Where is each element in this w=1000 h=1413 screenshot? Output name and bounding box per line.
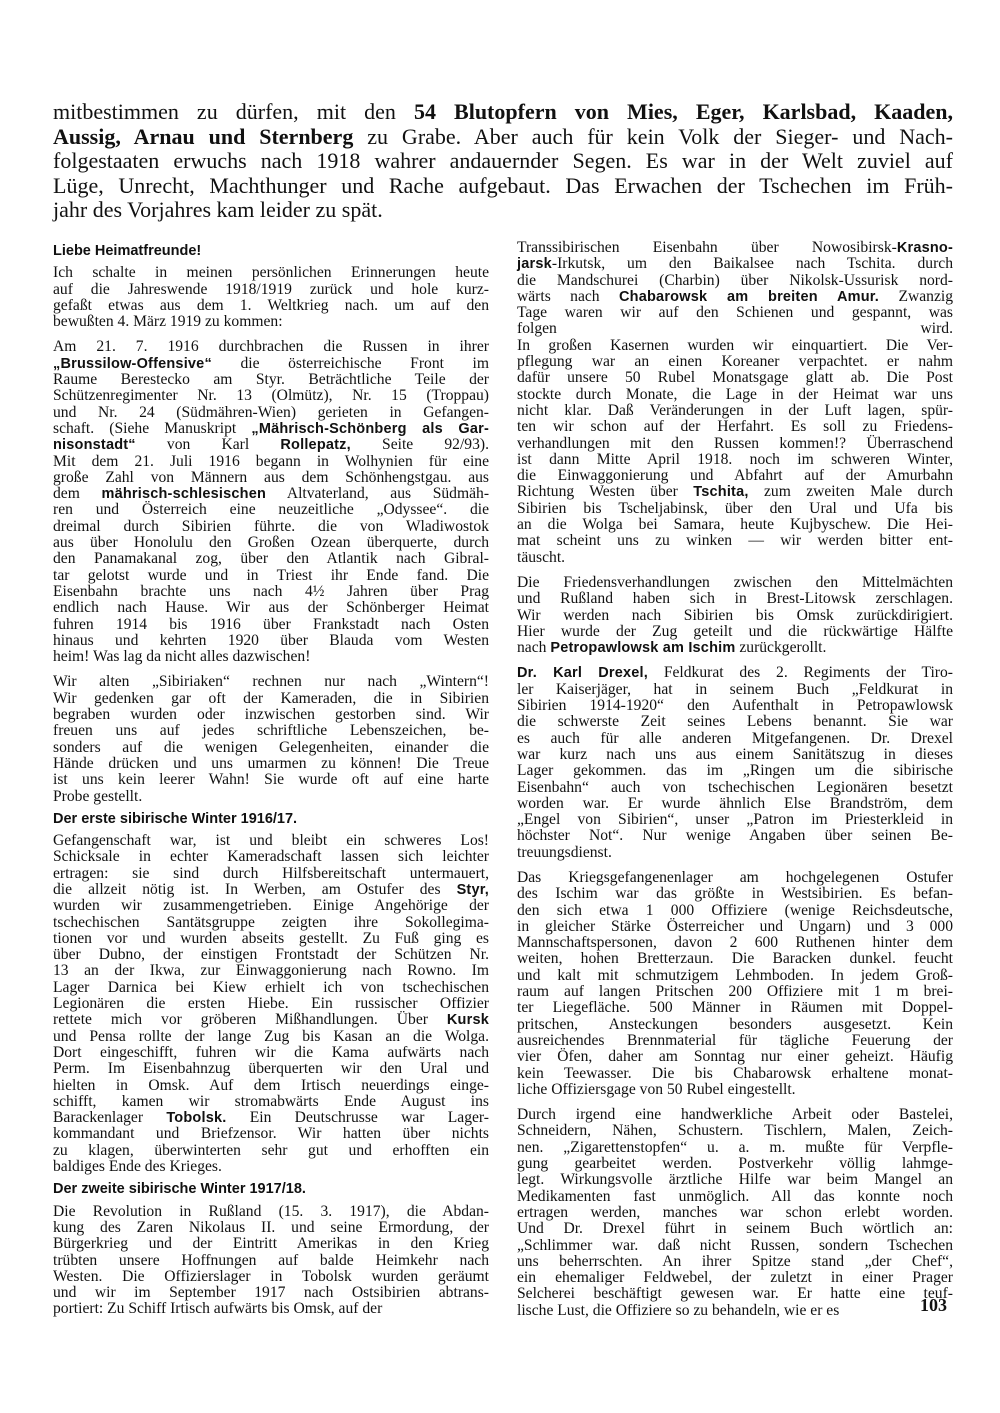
- text-line: jahr des Vorjahres kam leider zu spät.: [53, 198, 953, 223]
- text-run: nen. „Zigarettenstopfen“ u. a. m. mußte …: [517, 1139, 953, 1156]
- left-column: Liebe Heimatfreunde!Ich schalte in meine…: [53, 243, 489, 1318]
- text-line: Raume Berestecko am Styr. Beträchtliche …: [53, 372, 489, 388]
- text-run: von Karl: [136, 436, 281, 453]
- bold-emphasis: Dr. Karl Drexel,: [517, 665, 648, 681]
- text-line: hinaus und kehrten 1920 über Blauda vom …: [53, 633, 489, 649]
- text-run: Probe gestellt.: [53, 788, 142, 805]
- text-line: die Einwaggonierung und Abfahrt auf der …: [517, 468, 953, 484]
- text-run: lische Lust, die Offiziere so zu behande…: [517, 1302, 839, 1319]
- text-run: Perm. Im Eisenbahnzug überquerten wir de…: [53, 1060, 489, 1077]
- text-line: ten wir schon auf der Herfahrt. Es soll …: [517, 419, 953, 435]
- text-run: es auch für alle anderen Mitgefangenen. …: [517, 730, 953, 747]
- bold-emphasis: Chabarowsk am breiten Amur.: [619, 289, 879, 305]
- text-run: Am 21. 7. 1916 durchbrachen die Russen i…: [53, 338, 489, 355]
- text-run: zu Grabe. Aber auch für kein Volk der Si…: [353, 124, 953, 149]
- text-run: und kalt mit schmutzigem Lehmboden. In j…: [517, 967, 953, 984]
- text-run: aus über Honolulu den Großen Ozean überq…: [53, 534, 489, 551]
- text-run: kung des Zaren Nikolaus II. und seine Er…: [53, 1219, 489, 1236]
- text-line: Richtung Westen über Tschita, zum zweite…: [517, 484, 953, 500]
- text-run: Eisenbahn“ auch von tschechischen Legion…: [517, 779, 953, 796]
- text-run: Wir alten „Sibiriaken“ rechnen nur nach …: [53, 673, 489, 690]
- text-run: tar gelotst wurde und in Triest ihr Ende…: [53, 567, 489, 584]
- text-line: rettete mich vor gröberen Mißhandlungen.…: [53, 1012, 489, 1028]
- text-line: Schicksale in echter Kameradschaft lasse…: [53, 849, 489, 865]
- text-line: weiten, hohen Bretterzaun. Die Baracken …: [517, 951, 953, 967]
- text-run: zum zweiten Male durch: [749, 483, 953, 500]
- text-line: nicht klar. Daß Veränderungen in der Luf…: [517, 403, 953, 419]
- text-line: Die Revolution in Rußland (15. 3. 1917),…: [53, 1204, 489, 1220]
- text-line: kommandant und Briefzensor. Wir hatten ü…: [53, 1126, 489, 1142]
- text-line: folgen wird.: [517, 321, 953, 337]
- text-line: trübten unsere Hoffnungen auf balde Heim…: [53, 1253, 489, 1269]
- text-line: stockte durch Monate, die Lage in der He…: [517, 387, 953, 403]
- text-run: hielten in Omsk. Auf dem Irtisch neuerdi…: [53, 1077, 489, 1094]
- text-line: portiert: Zu Schiff Irtisch aufwärts bis…: [53, 1301, 489, 1317]
- right-column: Transsibirischen Eisenbahn über Nowosibi…: [517, 240, 953, 1319]
- text-run: große Zahl von Männern aus dem Schönheng…: [53, 469, 489, 486]
- text-run: liche Offiziersgage von 50 Rubel eingest…: [517, 1081, 796, 1098]
- text-line: ren und Österreich eine neuzeitliche „Od…: [53, 502, 489, 518]
- text-run: über Dubno, der einstigen Frontstadt der…: [53, 946, 489, 963]
- text-line: tar gelotst wurde und in Triest ihr Ende…: [53, 568, 489, 584]
- text-run: die schwerste Zeit seines Lebens benannt…: [517, 713, 953, 730]
- text-run: Medikamenten fast unmöglich. All das kon…: [517, 1188, 953, 1205]
- text-line: große Zahl von Männern aus dem Schönheng…: [53, 470, 489, 486]
- text-line: und Rußland haben sich in Brest-Litowsk …: [517, 591, 953, 607]
- text-run: die österreichische Front im: [212, 355, 489, 372]
- text-run: folgestaaten erwuchs nach 1918 wahrer an…: [53, 148, 953, 173]
- text-run: ein ehemaliger Feldwebel, der zuletzt in…: [517, 1269, 953, 1286]
- text-line: Legionären die ersten Hiebe. Ein russisc…: [53, 996, 489, 1012]
- text-run: Selcherei beschäftigt gewesen war. Er ha…: [517, 1285, 953, 1302]
- text-run: und Nr. 24 (Südmähren-Wien) gerieten in …: [53, 404, 489, 421]
- text-run: Legionären die ersten Hiebe. Ein russisc…: [53, 995, 489, 1012]
- text-run: dreimal durch Sibirien führte. die von W…: [53, 518, 489, 535]
- text-line: endlich nach Hause. Wir aus der Schönber…: [53, 600, 489, 616]
- text-line: tschechischen Santätsgruppe zeigten ihre…: [53, 915, 489, 931]
- text-run: die allzeit nötig ist. In Werben, am Ost…: [53, 881, 457, 898]
- text-run: -Irkutsk, um den Baikalsee nach Tschita.…: [552, 255, 953, 272]
- text-line: schifft, kamen wir stromabwärts Ende Aug…: [53, 1094, 489, 1110]
- text-line: In großen Kasernen wurden wir einquartie…: [517, 338, 953, 354]
- text-run: stockte durch Monate, die Lage in der He…: [517, 386, 953, 403]
- text-run: in gleicher Stärke Österreicher und Unga…: [517, 918, 953, 935]
- text-line: zu klagen, überwinterten sehr gut und er…: [53, 1143, 489, 1159]
- text-line: die schwerste Zeit seines Lebens benannt…: [517, 714, 953, 730]
- text-run: treuungsdienst.: [517, 844, 612, 861]
- text-run: rettete mich vor gröberen Mißhandlungen.…: [53, 1011, 447, 1028]
- text-line: gung gearbeitet werden. Postverkehr völl…: [517, 1156, 953, 1172]
- text-run: Westen. Die Offizierslager in Tobolsk wu…: [53, 1268, 489, 1285]
- text-run: begraben wurden oder inzwischen gestorbe…: [53, 706, 489, 723]
- text-line: Aussig, Arnau und Sternberg zu Grabe. Ab…: [53, 125, 953, 150]
- text-run: kein Teewasser. Die bis Chabarowsk erhal…: [517, 1065, 953, 1082]
- text-line: Probe gestellt.: [53, 789, 489, 805]
- text-run: Richtung Westen über: [517, 483, 693, 500]
- paragraph: Das Kriegsgefangenenlager am hochgelegen…: [517, 870, 953, 1098]
- text-run: fuhren 1914 bis 1916 über Frankstadt nac…: [53, 616, 489, 633]
- bold-emphasis: Styr,: [457, 882, 489, 898]
- text-line: Dort eingeschifft, fuhren wir die Kama a…: [53, 1045, 489, 1061]
- text-line: Medikamenten fast unmöglich. All das kon…: [517, 1189, 953, 1205]
- text-run: Tage waren wir auf den Schienen und gesp…: [517, 304, 953, 321]
- text-line: in gleicher Stärke Österreicher und Unga…: [517, 919, 953, 935]
- text-line: nach Petropawlowsk am Ischim zurückgerol…: [517, 640, 953, 656]
- text-run: an die Wolga bei Samara, heute Kujbysche…: [517, 516, 953, 533]
- text-run: Altvaterland, aus Südmäh-: [266, 485, 489, 502]
- text-run: Zwanzig: [879, 288, 953, 305]
- text-line: Selcherei beschäftigt gewesen war. Er ha…: [517, 1286, 953, 1302]
- text-run: ertragen werden, manches war schon erleb…: [517, 1204, 953, 1221]
- text-run: Schicksale in echter Kameradschaft lasse…: [53, 848, 489, 865]
- text-line: Am 21. 7. 1916 durchbrachen die Russen i…: [53, 339, 489, 355]
- text-run: Hände drücken und uns umarmen zu können!…: [53, 755, 489, 772]
- text-line: vier Öfen, daher am Sonntag nur einer ge…: [517, 1049, 953, 1065]
- text-line: pflegung war an einen Koreaner verpachte…: [517, 354, 953, 370]
- text-run: Die Revolution in Rußland (15. 3. 1917),…: [53, 1203, 489, 1220]
- page-number: 103: [920, 1295, 947, 1316]
- text-line: Bürgerkrieg und der Eintritt Amerikas in…: [53, 1236, 489, 1252]
- text-line: pritschen, Ansteckungen besonders ausges…: [517, 1017, 953, 1033]
- text-line: hielten in Omsk. Auf dem Irtisch neuerdi…: [53, 1078, 489, 1094]
- text-line: Hier wurde der Zug geteilt und die rückw…: [517, 624, 953, 640]
- text-line: ausreichendes Brennmaterial für tägliche…: [517, 1033, 953, 1049]
- text-run: wärts nach: [517, 288, 619, 305]
- bold-emphasis: Tschita,: [693, 484, 748, 500]
- text-line: und Nr. 24 (Südmähren-Wien) gerieten in …: [53, 405, 489, 421]
- text-run: Eisenbahn brachte uns nach 4½ Jahren übe…: [53, 583, 489, 600]
- section-heading: Der erste sibirische Winter 1916/17.: [53, 811, 489, 827]
- text-line: 13 an der Ikwa, zur Einwaggonierung nach…: [53, 963, 489, 979]
- text-run: endlich nach Hause. Wir aus der Schönber…: [53, 599, 489, 616]
- text-run: Mannschaftspersonen, davon 2 600 Ruthene…: [517, 934, 953, 951]
- text-line: Lüge, Unrecht, Machthunger und Rache auf…: [53, 174, 953, 199]
- text-line: kein Teewasser. Die bis Chabarowsk erhal…: [517, 1066, 953, 1082]
- paragraph: Durch irgend eine handwerkliche Arbeit o…: [517, 1107, 953, 1319]
- text-run: dafür unsere 50 Rubel Monatsgage glatt a…: [517, 369, 953, 386]
- text-line: den Panamakanal zog, über den Atlantik n…: [53, 551, 489, 567]
- text-line: Dr. Karl Drexel, Feldkurat des 2. Regime…: [517, 665, 953, 681]
- text-line: Sibirien 1914-1920“ den Aufenthalt in Pe…: [517, 698, 953, 714]
- text-run: die Einwaggonierung und Abfahrt auf der …: [517, 467, 953, 484]
- text-line: dem mährisch-schlesischen Altvaterland, …: [53, 486, 489, 502]
- text-line: wurden wir zusammengetrieben. Einige Ang…: [53, 898, 489, 914]
- paragraph: Ich schalte in meinen persönlichen Erinn…: [53, 265, 489, 330]
- text-line: Schützenregimenter Nr. 13 (Olmütz), Nr. …: [53, 388, 489, 404]
- text-run: weiten, hohen Bretterzaun. Die Baracken …: [517, 950, 953, 967]
- text-line: wärts nach Chabarowsk am breiten Amur. Z…: [517, 289, 953, 305]
- text-line: Transsibirischen Eisenbahn über Nowosibi…: [517, 240, 953, 256]
- text-line: mat scheint uns zu winken — wir werden b…: [517, 533, 953, 549]
- text-run: Barackenlager: [53, 1109, 166, 1126]
- text-line: sonders auf die wenigen Gelegenheiten, e…: [53, 740, 489, 756]
- bold-emphasis: jarsk: [517, 256, 552, 272]
- text-line: über Dubno, der einstigen Frontstadt der…: [53, 947, 489, 963]
- text-run: Sibirien bis Tscheljabinsk, über den Ura…: [517, 500, 953, 517]
- text-line: lische Lust, die Offiziere so zu behande…: [517, 1303, 953, 1319]
- text-line: worden war. Er wurde ähnlich Else Brands…: [517, 796, 953, 812]
- text-line: des Ischim war das größte in Westsibirie…: [517, 886, 953, 902]
- text-line: Schneidern, Nähen, Schustern. Tischlern,…: [517, 1123, 953, 1139]
- text-run: schaft. (Siehe Manuskript: [53, 420, 251, 437]
- text-run: jahr des Vorjahres kam leider zu spät.: [53, 197, 383, 222]
- paragraph: Transsibirischen Eisenbahn über Nowosibi…: [517, 240, 953, 566]
- text-run: Lager gekommen. das im „Ringen um die si…: [517, 762, 953, 779]
- text-run: Bürgerkrieg und der Eintritt Amerikas in…: [53, 1235, 489, 1252]
- text-run: Ein Deutschrusse war Lager-: [226, 1109, 489, 1126]
- text-run: Lager Darnica bei Kiew erhielt ich von t…: [53, 979, 489, 996]
- bold-emphasis: Rollepatz,: [280, 437, 350, 453]
- text-line: schaft. (Siehe Manuskript „Mährisch-Schö…: [53, 421, 489, 437]
- text-run: Gefangenschaft war, ist und bleibt ein s…: [53, 832, 489, 849]
- text-run: pflegung war an einen Koreaner verpachte…: [517, 353, 953, 370]
- text-run: ist dann Mitte April 1918. noch im schwe…: [517, 451, 953, 468]
- text-run: uns beherrschten. An ihrer Spitze stand …: [517, 1253, 953, 1270]
- text-line: Perm. Im Eisenbahnzug überquerten wir de…: [53, 1061, 489, 1077]
- text-run: schifft, kamen wir stromabwärts Ende Aug…: [53, 1093, 489, 1110]
- text-run: und Pensa rollte der lange Zug bis Kasan…: [53, 1028, 489, 1045]
- text-line: täuscht.: [517, 550, 953, 566]
- text-line: an die Wolga bei Samara, heute Kujbysche…: [517, 517, 953, 533]
- text-run: kommandant und Briefzensor. Wir hatten ü…: [53, 1125, 489, 1142]
- text-line: liche Offiziersgage von 50 Rubel eingest…: [517, 1082, 953, 1098]
- bold-emphasis: Kursk: [447, 1012, 489, 1028]
- text-line: es auch für alle anderen Mitgefangenen. …: [517, 731, 953, 747]
- text-line: höchster Not“. Nur wenige Angaben über s…: [517, 828, 953, 844]
- text-run: des Ischim war das größte in Westsibirie…: [517, 885, 953, 902]
- text-line: dafür unsere 50 Rubel Monatsgage glatt a…: [517, 370, 953, 386]
- text-line: bewußten 4. März 1919 zu kommen:: [53, 314, 489, 330]
- text-line: ertragen werden, manches war schon erleb…: [517, 1205, 953, 1221]
- text-run: Mit dem 21. Juli 1916 begann in Wolhynie…: [53, 453, 489, 470]
- text-line: Durch irgend eine handwerkliche Arbeit o…: [517, 1107, 953, 1123]
- text-run: folgen wird.: [517, 320, 953, 337]
- text-run: worden war. Er wurde ähnlich Else Brands…: [517, 795, 953, 812]
- text-line: fuhren 1914 bis 1916 über Frankstadt nac…: [53, 617, 489, 633]
- text-run: Wir werden nach Sibirien bis Omsk zurück…: [517, 607, 953, 624]
- text-run: legt. Wirkungsvolle ärztliche Hilfe war …: [517, 1171, 953, 1188]
- text-line: ertragen: sie sind durch Hilfsbereitscha…: [53, 866, 489, 882]
- text-line: Mit dem 21. Juli 1916 begann in Wolhynie…: [53, 454, 489, 470]
- text-run: Schneidern, Nähen, Schustern. Tischlern,…: [517, 1122, 953, 1139]
- text-line: Eisenbahn brachte uns nach 4½ Jahren übe…: [53, 584, 489, 600]
- text-line: „Schlimmer war. daß nicht Russen, sonder…: [517, 1238, 953, 1254]
- text-line: verhandlungen mit den Russen kommen!? Üb…: [517, 436, 953, 452]
- text-line: gefaßt etwas aus dem 1. Weltkrieg nach. …: [53, 298, 489, 314]
- text-line: kung des Zaren Nikolaus II. und seine Er…: [53, 1220, 489, 1236]
- text-run: ten wir schon auf der Herfahrt. Es soll …: [517, 418, 953, 435]
- text-run: raum auf langen Pritschen 200 Offiziere …: [517, 983, 953, 1000]
- text-line: ein ehemaliger Feldwebel, der zuletzt in…: [517, 1270, 953, 1286]
- text-line: baldiges Ende des Krieges.: [53, 1159, 489, 1175]
- text-run: Schützenregimenter Nr. 13 (Olmütz), Nr. …: [53, 387, 489, 404]
- text-run: wurden wir zusammengetrieben. Einige Ang…: [53, 897, 489, 914]
- text-line: Und Dr. Drexel führt in seinem Buch wört…: [517, 1221, 953, 1237]
- paragraph: Die Friedensverhandlungen zwischen den M…: [517, 575, 953, 656]
- intro-paragraph: mitbestimmen zu dürfen, mit den 54 Bluto…: [53, 100, 953, 223]
- text-line: Sibirien bis Tscheljabinsk, über den Ura…: [517, 501, 953, 517]
- text-run: tschechischen Santätsgruppe zeigten ihre…: [53, 914, 489, 931]
- bold-emphasis: „Brussilow-Offensive“: [53, 356, 212, 372]
- text-line: raum auf langen Pritschen 200 Offiziere …: [517, 984, 953, 1000]
- section-heading: Der zweite sibirische Winter 1917/18.: [53, 1181, 489, 1197]
- text-line: legt. Wirkungsvolle ärztliche Hilfe war …: [517, 1172, 953, 1188]
- text-run: Ich schalte in meinen persönlichen Erinn…: [53, 264, 489, 281]
- text-run: Und Dr. Drexel führt in seinem Buch wört…: [517, 1220, 953, 1237]
- text-line: nisonstadt“ von Karl Rollepatz, Seite 92…: [53, 437, 489, 453]
- text-line: Wir alten „Sibiriaken“ rechnen nur nach …: [53, 674, 489, 690]
- text-line: ler Kaiserjäger, hat in seinem Buch „Fel…: [517, 682, 953, 698]
- text-line: auf die Jahreswende 1918/1919 zurück und…: [53, 282, 489, 298]
- text-run: mat scheint uns zu winken — wir werden b…: [517, 532, 953, 549]
- text-line: tionen vor und wurden abseits gestellt. …: [53, 931, 489, 947]
- text-line: mitbestimmen zu dürfen, mit den 54 Bluto…: [53, 100, 953, 125]
- text-line: und wir im September 1917 nach Ostsibiri…: [53, 1285, 489, 1301]
- text-run: „Engel von Sibirien“, unser „Patron im P…: [517, 811, 953, 828]
- text-line: den sich etwa 1 000 Offiziere (wenige Re…: [517, 903, 953, 919]
- text-run: vier Öfen, daher am Sonntag nur einer ge…: [517, 1048, 953, 1065]
- bold-emphasis: Aussig, Arnau und Sternberg: [53, 124, 353, 149]
- text-line: Gefangenschaft war, ist und bleibt ein s…: [53, 833, 489, 849]
- text-run: nicht klar. Daß Veränderungen in der Luf…: [517, 402, 953, 419]
- text-run: sonders auf die wenigen Gelegenheiten, e…: [53, 739, 489, 756]
- text-run: ter Liegefläche. 500 Männer in Räumen mi…: [517, 999, 953, 1016]
- text-line: nen. „Zigarettenstopfen“ u. a. m. mußte …: [517, 1140, 953, 1156]
- text-run: ertragen: sie sind durch Hilfsbereitscha…: [53, 865, 489, 882]
- text-run: Seite 92/93).: [351, 436, 489, 453]
- text-run: Das Kriegsgefangenenlager am hochgelegen…: [517, 869, 953, 886]
- text-run: Sibirien 1914-1920“ den Aufenthalt in Pe…: [517, 697, 953, 714]
- text-line: „Engel von Sibirien“, unser „Patron im P…: [517, 812, 953, 828]
- text-run: Feldkurat des 2. Regiments der Tiro-: [648, 664, 953, 681]
- text-line: ist uns kein leerer Wahn! Sie wurde oft …: [53, 772, 489, 788]
- text-line: treuungsdienst.: [517, 845, 953, 861]
- text-line: Wir gedenken gar oft der Kameraden, die …: [53, 691, 489, 707]
- text-run: die Mandschurei (Charbin) über Nikolsk-U…: [517, 272, 953, 289]
- text-line: „Brussilow-Offensive“ die österreichisch…: [53, 356, 489, 372]
- text-run: ist uns kein leerer Wahn! Sie wurde oft …: [53, 771, 489, 788]
- text-line: die Mandschurei (Charbin) über Nikolsk-U…: [517, 273, 953, 289]
- text-run: auf die Jahreswende 1918/1919 zurück und…: [53, 281, 489, 298]
- text-run: Durch irgend eine handwerkliche Arbeit o…: [517, 1106, 953, 1123]
- text-run: Dort eingeschifft, fuhren wir die Kama a…: [53, 1044, 489, 1061]
- text-run: Die Friedensverhandlungen zwischen den M…: [517, 574, 953, 591]
- text-run: In großen Kasernen wurden wir einquartie…: [517, 337, 953, 354]
- paragraph: Wir alten „Sibiriaken“ rechnen nur nach …: [53, 674, 489, 804]
- text-line: Barackenlager Tobolsk. Ein Deutschrusse …: [53, 1110, 489, 1126]
- text-run: heim! Was lag da nicht alles dazwischen!: [53, 648, 310, 665]
- text-run: freuen uns auf jedes schriftliche Lebens…: [53, 722, 489, 739]
- text-line: und Pensa rollte der lange Zug bis Kasan…: [53, 1029, 489, 1045]
- text-line: Hände drücken und uns umarmen zu können!…: [53, 756, 489, 772]
- text-run: dem: [53, 485, 101, 502]
- bold-emphasis: 54 Blutopfern von Mies, Eger, Karlsbad, …: [414, 99, 953, 124]
- text-line: heim! Was lag da nicht alles dazwischen!: [53, 649, 489, 665]
- text-run: Hier wurde der Zug geteilt und die rückw…: [517, 623, 953, 640]
- text-line: Lager gekommen. das im „Ringen um die si…: [517, 763, 953, 779]
- text-run: hinaus und kehrten 1920 über Blauda vom …: [53, 632, 489, 649]
- text-line: begraben wurden oder inzwischen gestorbe…: [53, 707, 489, 723]
- text-line: Westen. Die Offizierslager in Tobolsk wu…: [53, 1269, 489, 1285]
- text-run: gung gearbeitet werden. Postverkehr völl…: [517, 1155, 953, 1172]
- text-run: den Panamakanal zog, über den Atlantik n…: [53, 550, 489, 567]
- text-line: folgestaaten erwuchs nach 1918 wahrer an…: [53, 149, 953, 174]
- text-run: ausreichendes Brennmaterial für tägliche…: [517, 1032, 953, 1049]
- text-line: war kurz nach uns aus einem Sanitätszug …: [517, 747, 953, 763]
- text-run: und wir im September 1917 nach Ostsibiri…: [53, 1284, 489, 1301]
- text-run: zu klagen, überwinterten sehr gut und er…: [53, 1142, 489, 1159]
- text-line: ist dann Mitte April 1918. noch im schwe…: [517, 452, 953, 468]
- text-run: Lüge, Unrecht, Machthunger und Rache auf…: [53, 173, 953, 198]
- text-run: nach: [517, 639, 550, 656]
- text-run: pritschen, Ansteckungen besonders ausges…: [517, 1016, 953, 1033]
- text-line: Ich schalte in meinen persönlichen Erinn…: [53, 265, 489, 281]
- text-run: Transsibirischen Eisenbahn über Nowosibi…: [517, 239, 897, 256]
- text-run: täuscht.: [517, 549, 565, 566]
- text-line: Lager Darnica bei Kiew erhielt ich von t…: [53, 980, 489, 996]
- text-run: 13 an der Ikwa, zur Einwaggonierung nach…: [53, 962, 489, 979]
- bold-emphasis: Petropawlowsk am Ischim: [550, 640, 735, 656]
- section-heading: Liebe Heimatfreunde!: [53, 243, 489, 259]
- text-line: aus über Honolulu den Großen Ozean überq…: [53, 535, 489, 551]
- text-line: und kalt mit schmutzigem Lehmboden. In j…: [517, 968, 953, 984]
- text-line: freuen uns auf jedes schriftliche Lebens…: [53, 723, 489, 739]
- paragraph: Gefangenschaft war, ist und bleibt ein s…: [53, 833, 489, 1175]
- paragraph: Dr. Karl Drexel, Feldkurat des 2. Regime…: [517, 665, 953, 861]
- bold-emphasis: „Mährisch-Schönberg als Gar-: [251, 421, 489, 437]
- text-run: verhandlungen mit den Russen kommen!? Üb…: [517, 435, 953, 452]
- bold-emphasis: nisonstadt“: [53, 437, 136, 453]
- text-line: Eisenbahn“ auch von tschechischen Legion…: [517, 780, 953, 796]
- text-run: „Schlimmer war. daß nicht Russen, sonder…: [517, 1237, 953, 1254]
- text-line: Wir werden nach Sibirien bis Omsk zurück…: [517, 608, 953, 624]
- text-line: Die Friedensverhandlungen zwischen den M…: [517, 575, 953, 591]
- text-run: zurückgerollt.: [735, 639, 826, 656]
- text-line: jarsk-Irkutsk, um den Baikalsee nach Tsc…: [517, 256, 953, 272]
- text-run: gefaßt etwas aus dem 1. Weltkrieg nach. …: [53, 297, 489, 314]
- text-run: trübten unsere Hoffnungen auf balde Heim…: [53, 1252, 489, 1269]
- text-line: ter Liegefläche. 500 Männer in Räumen mi…: [517, 1000, 953, 1016]
- text-line: dreimal durch Sibirien führte. die von W…: [53, 519, 489, 535]
- text-run: portiert: Zu Schiff Irtisch aufwärts bis…: [53, 1300, 382, 1317]
- text-run: ren und Österreich eine neuzeitliche „Od…: [53, 501, 489, 518]
- bold-emphasis: Krasno-: [897, 240, 953, 256]
- text-line: uns beherrschten. An ihrer Spitze stand …: [517, 1254, 953, 1270]
- paragraph: Am 21. 7. 1916 durchbrachen die Russen i…: [53, 339, 489, 665]
- text-run: tionen vor und wurden abseits gestellt. …: [53, 930, 489, 947]
- text-run: Wir gedenken gar oft der Kameraden, die …: [53, 690, 489, 707]
- text-run: den sich etwa 1 000 Offiziere (wenige Re…: [517, 902, 953, 919]
- text-line: die allzeit nötig ist. In Werben, am Ost…: [53, 882, 489, 898]
- text-run: bewußten 4. März 1919 zu kommen:: [53, 313, 283, 330]
- text-run: ler Kaiserjäger, hat in seinem Buch „Fel…: [517, 681, 953, 698]
- text-run: war kurz nach uns aus einem Sanitätszug …: [517, 746, 953, 763]
- text-run: höchster Not“. Nur wenige Angaben über s…: [517, 827, 953, 844]
- text-run: Raume Berestecko am Styr. Beträchtliche …: [53, 371, 489, 388]
- text-run: und Rußland haben sich in Brest-Litowsk …: [517, 590, 953, 607]
- paragraph: Die Revolution in Rußland (15. 3. 1917),…: [53, 1204, 489, 1318]
- text-line: Mannschaftspersonen, davon 2 600 Ruthene…: [517, 935, 953, 951]
- text-run: mitbestimmen zu dürfen, mit den: [53, 99, 414, 124]
- text-run: baldiges Ende des Krieges.: [53, 1158, 222, 1175]
- text-line: Das Kriegsgefangenenlager am hochgelegen…: [517, 870, 953, 886]
- text-line: Tage waren wir auf den Schienen und gesp…: [517, 305, 953, 321]
- bold-emphasis: mährisch-schlesischen: [101, 486, 266, 502]
- bold-emphasis: Tobolsk.: [166, 1110, 226, 1126]
